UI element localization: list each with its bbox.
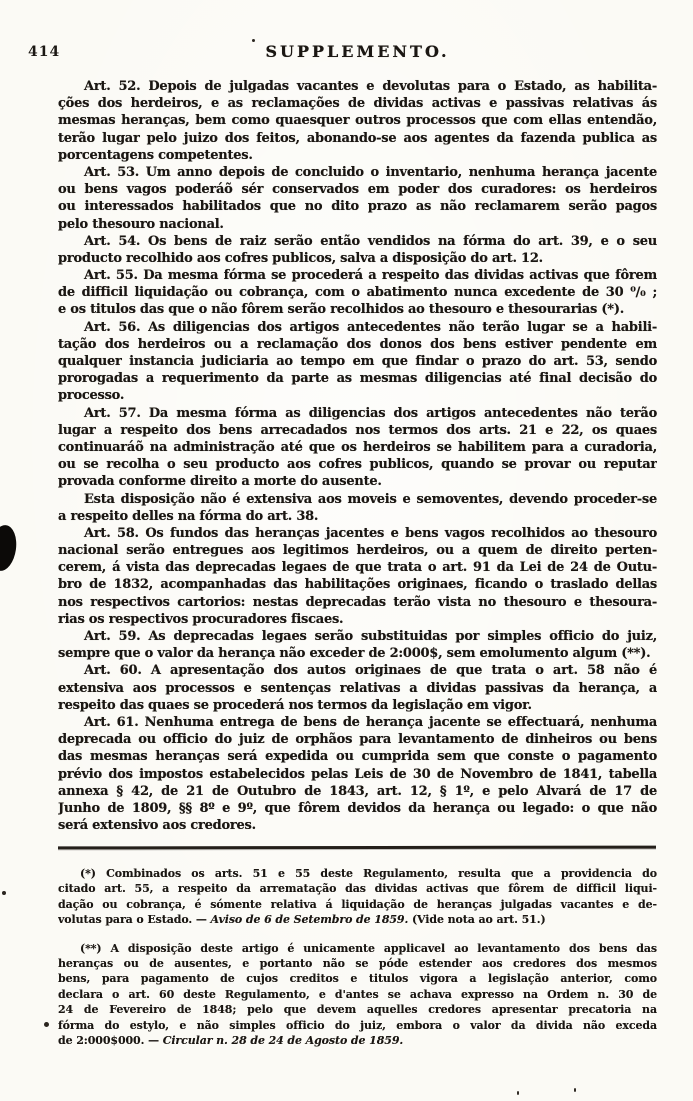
paragraph-art-55: Art. 55. Da mesma fórma se procederá a r… <box>58 267 657 319</box>
footnote-double-asterisk: (**) A disposição deste artigo é unicame… <box>58 941 657 1049</box>
text-line: Art. 60. A apresentação dos autos origin… <box>58 662 657 679</box>
paragraph-art-54: Art. 54. Os bens de raiz serão então ven… <box>58 233 657 267</box>
text-line: nacional serão entregues aos legitimos h… <box>58 542 657 559</box>
text-line: porcentagens competentes. <box>58 147 657 164</box>
text-line: prorogadas a requerimento da parte as me… <box>58 370 657 387</box>
text-line: lugar a respeito dos bens arrecadados no… <box>58 422 657 439</box>
ink-speck <box>517 1091 519 1095</box>
text-line: extensiva aos processos e sentenças rela… <box>58 680 657 697</box>
paragraph-art-58: Art. 58. Os fundos das heranças jacentes… <box>58 525 657 628</box>
text-line: citado art. 55, a respeito da arremataçã… <box>58 881 657 896</box>
text-line: bens, para pagamento de cujos creditos e… <box>58 971 657 986</box>
text-line: Art. 59. As deprecadas legaes serão subs… <box>58 628 657 645</box>
footnote-citation-italic: Circular n. 28 de 24 de Agosto de 1859. <box>163 1034 403 1047</box>
footnote-text: (Vide nota ao art. 51.) <box>408 913 545 926</box>
text-line: 24 de Fevereiro de 1848; pelo que devem … <box>58 1002 657 1017</box>
document-page: 414 SUPPLEMENTO. Art. 52. Depois de julg… <box>0 0 693 1101</box>
footnote-citation-italic: Aviso de 6 de Setembro de 1859. <box>210 913 408 926</box>
text-line: Art. 53. Um anno depois de concluido o i… <box>58 164 657 181</box>
paragraph-art-61: Art. 61. Nenhuma entrega de bens de hera… <box>58 714 657 834</box>
page-header: 414 SUPPLEMENTO. <box>0 42 693 66</box>
paragraph-art-57: Art. 57. Da mesma fórma as diligencias d… <box>58 405 657 491</box>
text-line: Art. 54. Os bens de raiz serão então ven… <box>58 233 657 250</box>
ink-speck <box>44 1022 49 1027</box>
footnote-asterisk-lines: (*) Combinados os arts. 51 e 55 deste Re… <box>58 866 657 912</box>
text-line: (**) A disposição deste artigo é unicame… <box>58 941 657 956</box>
footnote-asterisk-last-line: volutas para o Estado. — Aviso de 6 de S… <box>58 912 657 927</box>
text-line: continuaráõ na administração até que os … <box>58 439 657 456</box>
footnotes-section: (*) Combinados os arts. 51 e 55 deste Re… <box>58 866 657 1048</box>
main-text-column: Art. 52. Depois de julgadas vacantes e d… <box>58 78 657 834</box>
text-line: ou se recolha o seu producto aos cofres … <box>58 456 657 473</box>
text-line: heranças ou de ausentes, e portanto não … <box>58 956 657 971</box>
text-line: processo. <box>58 387 657 404</box>
ink-speck <box>574 1088 576 1092</box>
text-line: ou interessados habilitados que no dito … <box>58 198 657 215</box>
text-line: sempre que o valor da herança não excede… <box>58 645 657 662</box>
text-line: provada conforme direito a morte do ause… <box>58 473 657 490</box>
text-line: ções dos herdeiros, e as reclamações de … <box>58 95 657 112</box>
text-line: respeito das quaes se procederá nos term… <box>58 697 657 714</box>
text-line: dação ou cobrança, é sómente relativa á … <box>58 897 657 912</box>
text-line: Art. 57. Da mesma fórma as diligencias d… <box>58 405 657 422</box>
text-line: declara o art. 60 deste Regulamento, e d… <box>58 987 657 1002</box>
text-line: das mesmas heranças será expedida ou cum… <box>58 748 657 765</box>
text-line: Art. 52. Depois de julgadas vacantes e d… <box>58 78 657 95</box>
paragraph-art-59: Art. 59. As deprecadas legaes serão subs… <box>58 628 657 662</box>
text-line: annexa § 42, de 21 de Outubro de 1843, a… <box>58 783 657 800</box>
paragraph-esta-disposicao: Esta disposição não é extensiva aos move… <box>58 491 657 525</box>
text-line: nos respectivos cartorios: nestas deprec… <box>58 594 657 611</box>
text-line: Junho de 1809, §§ 8º e 9º, que fôrem dev… <box>58 800 657 817</box>
text-line: Art. 58. Os fundos das heranças jacentes… <box>58 525 657 542</box>
text-line: prévio dos impostos estabelecidos pelas … <box>58 766 657 783</box>
text-line: Art. 61. Nenhuma entrega de bens de hera… <box>58 714 657 731</box>
footnote-asterisk: (*) Combinados os arts. 51 e 55 deste Re… <box>58 866 657 928</box>
text-line: producto recolhido aos cofres publicos, … <box>58 250 657 267</box>
page-number: 414 <box>28 44 60 60</box>
footnote-double-asterisk-lines: (**) A disposição deste artigo é unicame… <box>58 941 657 1033</box>
paragraph-art-56: Art. 56. As diligencias dos artigos ante… <box>58 319 657 405</box>
text-line: fórma do estylo, e não simples officio d… <box>58 1018 657 1033</box>
text-line: terão lugar pelo juizo dos feitos, abona… <box>58 130 657 147</box>
paragraph-art-52: Art. 52. Depois de julgadas vacantes e d… <box>58 78 657 164</box>
text-line: será extensivo aos credores. <box>58 817 657 834</box>
footnote-text: volutas para o Estado. — <box>58 913 210 926</box>
text-line: de difficil liquidação ou cobrança, com … <box>58 284 657 301</box>
text-line: ou bens vagos poderáõ sér conservados em… <box>58 181 657 198</box>
text-line: e os titulos das que o não fôrem serão r… <box>58 301 657 318</box>
text-line: Art. 56. As diligencias dos artigos ante… <box>58 319 657 336</box>
text-line: tação dos herdeiros ou a reclamação dos … <box>58 336 657 353</box>
text-line: deprecada ou officio do juiz de orphãos … <box>58 731 657 748</box>
text-line: qualquer instancia judiciaria ao tempo e… <box>58 353 657 370</box>
paragraph-art-60: Art. 60. A apresentação dos autos origin… <box>58 662 657 714</box>
text-line: rias os respectivos procuradores fiscaes… <box>58 611 657 628</box>
footnote-separator-rule <box>58 846 656 849</box>
text-line: cerem, á vista das deprecadas legaes de … <box>58 559 657 576</box>
paragraph-art-53: Art. 53. Um anno depois de concluido o i… <box>58 164 657 233</box>
text-line: Art. 55. Da mesma fórma se procederá a r… <box>58 267 657 284</box>
text-line: (*) Combinados os arts. 51 e 55 deste Re… <box>58 866 657 881</box>
footnote-text: de 2:000$000. — <box>58 1034 163 1047</box>
ink-speck <box>252 39 255 42</box>
text-line: pelo thesouro nacional. <box>58 216 657 233</box>
text-line: a respeito delles na fórma do art. 38. <box>58 508 657 525</box>
text-line: bro de 1832, acompanhadas das habilitaçõ… <box>58 576 657 593</box>
text-line: mesmas heranças, bem como quaesquer outr… <box>58 112 657 129</box>
ink-speck <box>2 891 6 895</box>
ink-blot <box>0 523 19 572</box>
text-line: Esta disposição não é extensiva aos move… <box>58 491 657 508</box>
footnote-double-asterisk-last-line: de 2:000$000. — Circular n. 28 de 24 de … <box>58 1033 657 1048</box>
page-title: SUPPLEMENTO. <box>58 42 657 61</box>
